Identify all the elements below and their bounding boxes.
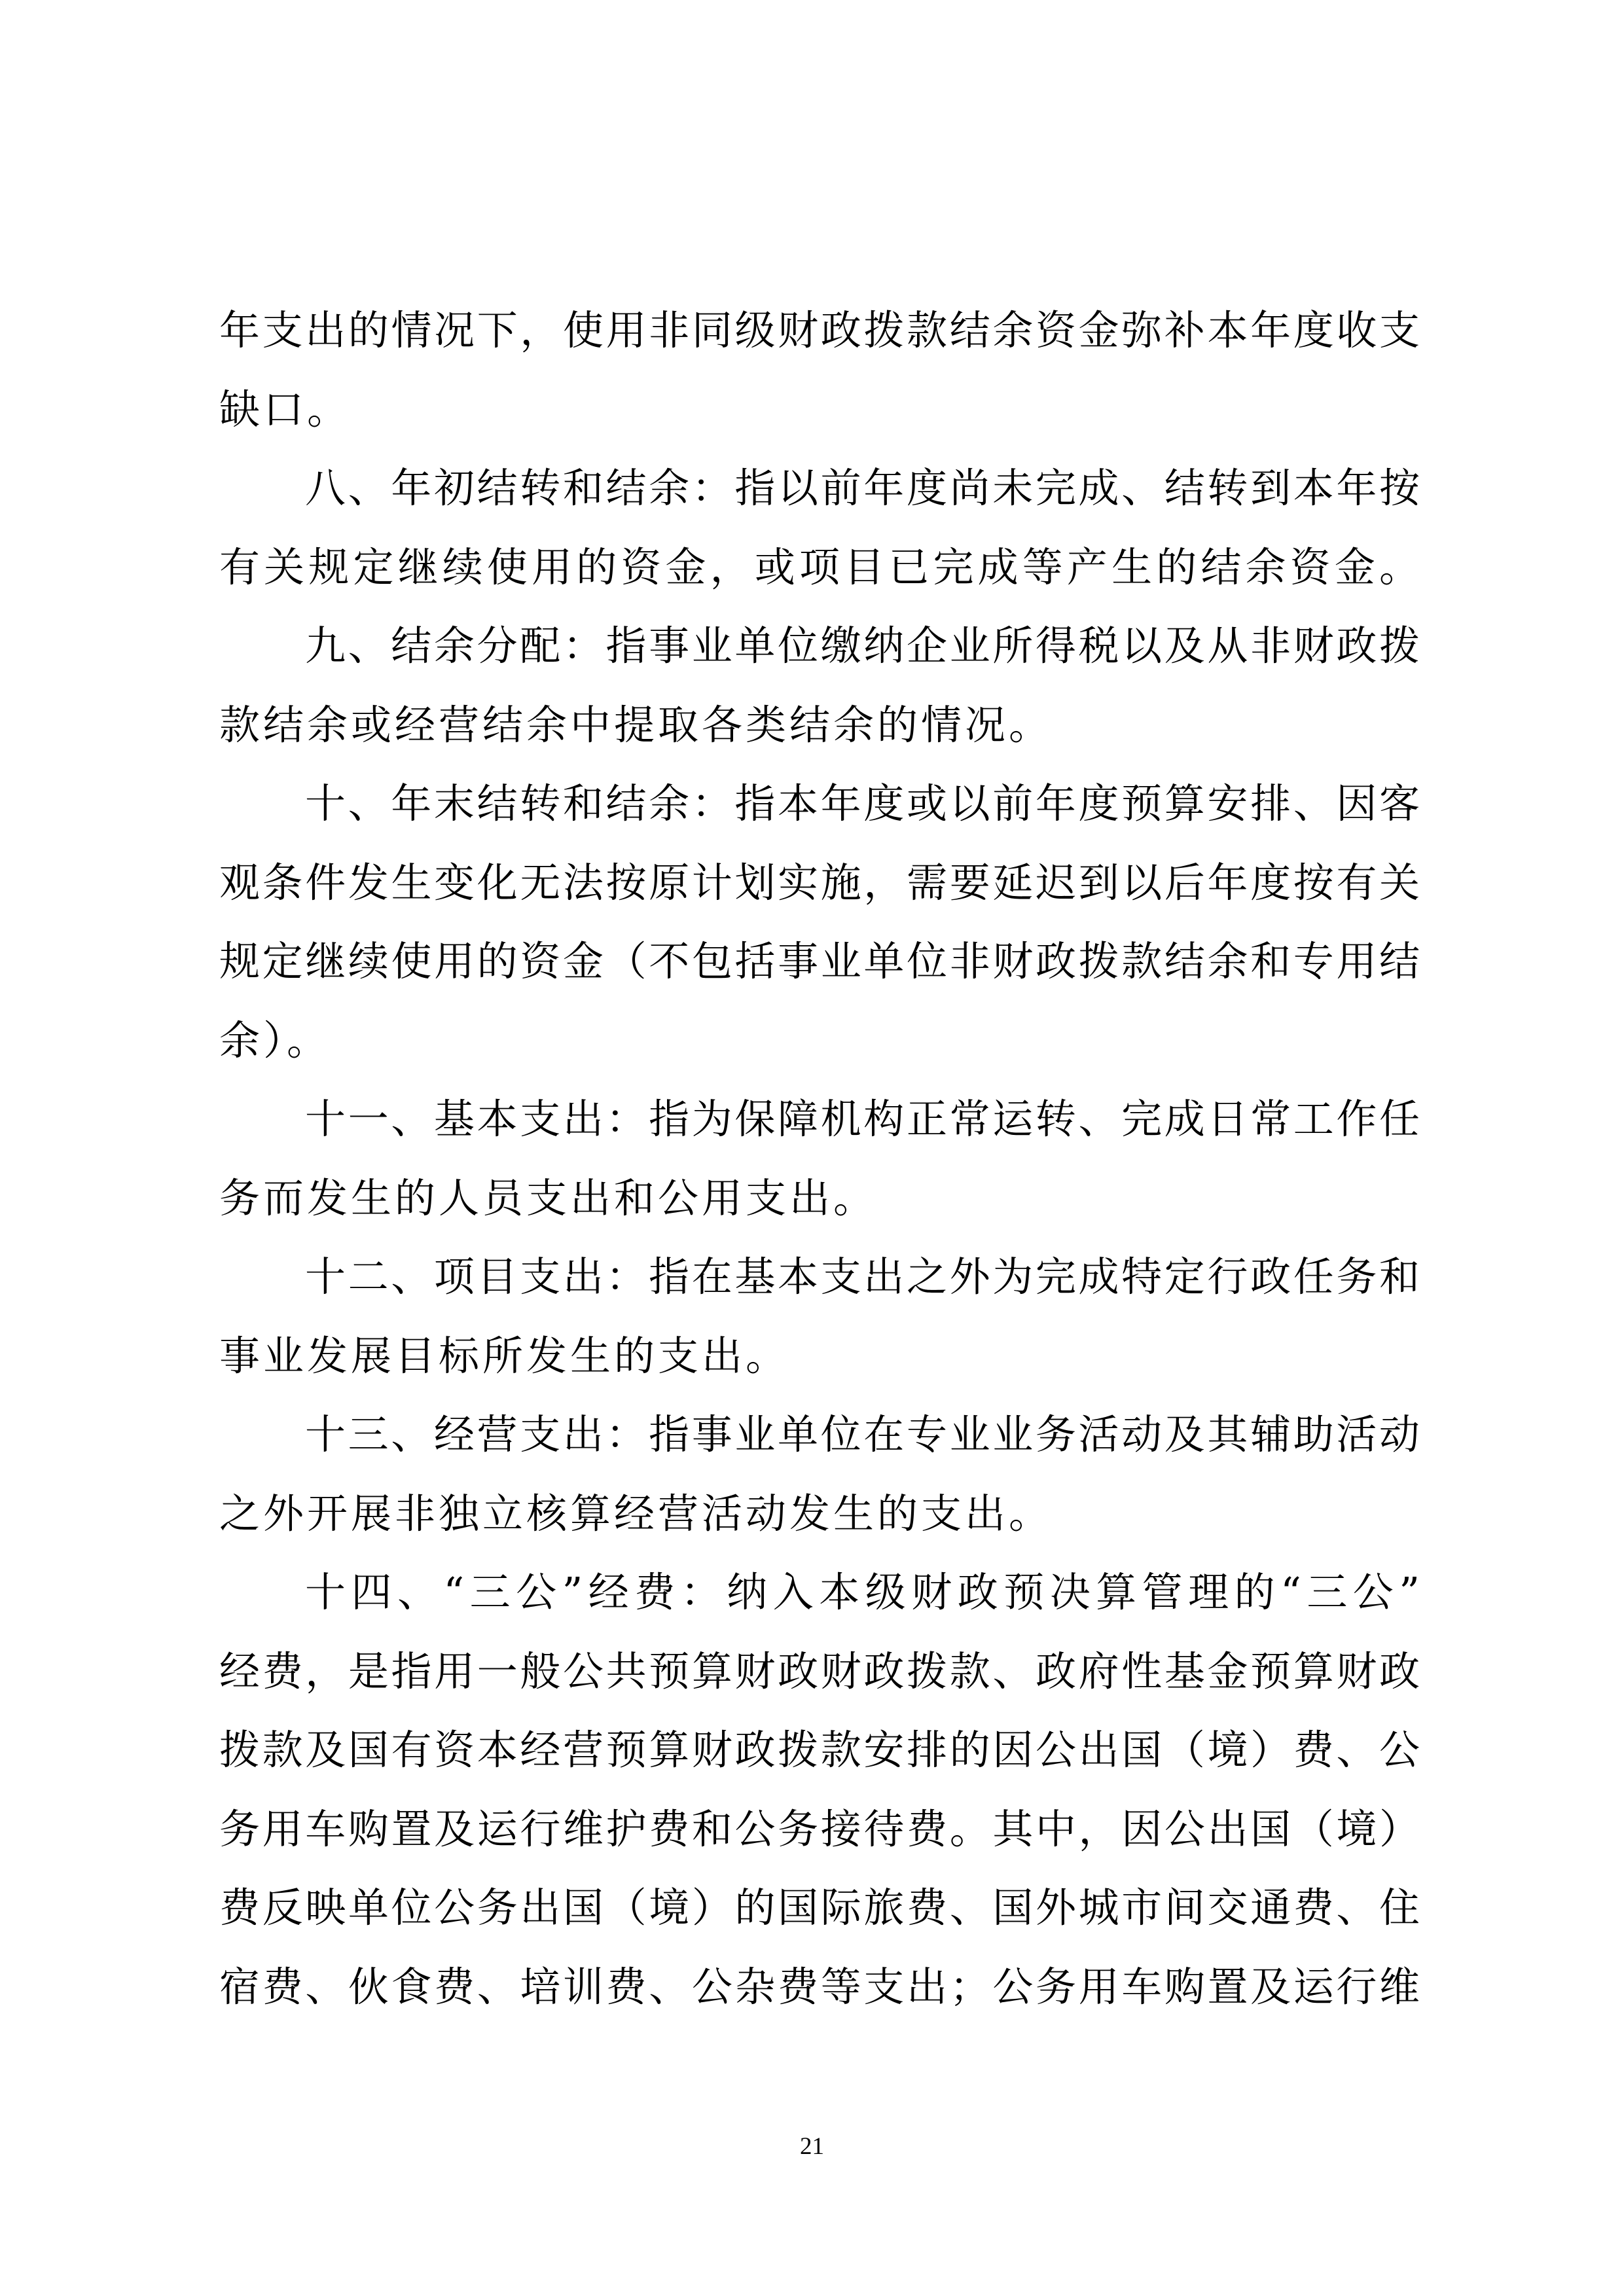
page-number: 21: [0, 2130, 1624, 2163]
text-line: 年支出的情况下，使用非同级财政拨款结余资金弥补本年度收支: [219, 291, 1420, 370]
paragraph-heading-line: 十二、项目支出：指在基本支出之外为完成特定行政任务和: [219, 1238, 1420, 1317]
text-line: 拨款及国有资本经营预算财政拨款安排的因公出国（境）费、公: [219, 1711, 1420, 1790]
body-text: 年支出的情况下，使用非同级财政拨款结余资金弥补本年度收支 缺口。 八、年初结转和…: [219, 291, 1420, 2026]
text-line: 观条件发生变化无法按原计划实施，需要延迟到以后年度按有关: [219, 844, 1420, 923]
paragraph-heading-line: 十一、基本支出：指为保障机构正常运转、完成日常工作任: [219, 1080, 1420, 1159]
text-line: 宿费、伙食费、培训费、公杂费等支出；公务用车购置及运行维: [219, 1948, 1420, 2027]
paragraph-heading-line: 十三、经营支出：指事业单位在专业业务活动及其辅助活动: [219, 1395, 1420, 1475]
text-line: 事业发展目标所发生的支出。: [219, 1317, 1420, 1396]
text-line: 经费，是指用一般公共预算财政财政拨款、政府性基金预算财政: [219, 1632, 1420, 1712]
text-line: 有关规定继续使用的资金，或项目已完成等产生的结余资金。: [219, 528, 1420, 607]
text-line: 规定继续使用的资金（不包括事业单位非财政拨款结余和专用结: [219, 922, 1420, 1001]
paragraph-heading-line: 十、年末结转和结余：指本年度或以前年度预算安排、因客: [219, 764, 1420, 844]
document-page: 年支出的情况下，使用非同级财政拨款结余资金弥补本年度收支 缺口。 八、年初结转和…: [0, 0, 1624, 2296]
text-line: 缺口。: [219, 370, 1420, 450]
text-line: 费反映单位公务出国（境）的国际旅费、国外城市间交通费、住: [219, 1869, 1420, 1948]
paragraph-heading-line: 十四、“三公”经费：纳入本级财政预决算管理的“三公”: [219, 1553, 1420, 1632]
text-line: 款结余或经营结余中提取各类结余的情况。: [219, 686, 1420, 765]
text-line: 之外开展非独立核算经营活动发生的支出。: [219, 1475, 1420, 1554]
paragraph-heading-line: 八、年初结转和结余：指以前年度尚未完成、结转到本年按: [219, 449, 1420, 528]
text-line: 务而发生的人员支出和公用支出。: [219, 1159, 1420, 1238]
paragraph-heading-line: 九、结余分配：指事业单位缴纳企业所得税以及从非财政拨: [219, 607, 1420, 686]
text-line: 余）。: [219, 1001, 1420, 1081]
text-line: 务用车购置及运行维护费和公务接待费。其中，因公出国（境）: [219, 1790, 1420, 1869]
